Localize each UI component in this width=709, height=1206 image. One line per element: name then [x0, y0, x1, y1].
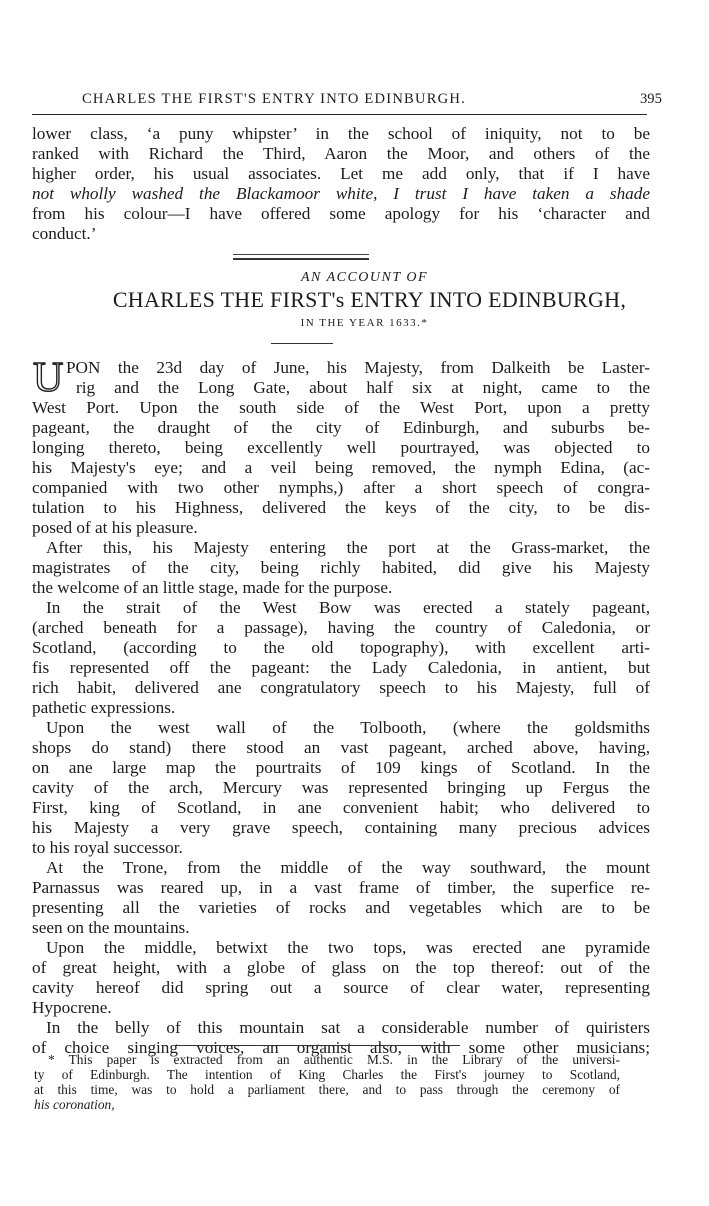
text-line: ranked with Richard the Third, Aaron the…	[32, 144, 650, 164]
footnote-rule	[175, 1045, 460, 1046]
text-line: posed of at his pleasure.	[32, 518, 650, 538]
text-line: to his royal successor.	[32, 838, 650, 858]
article-subtitle: AN ACCOUNT OF	[0, 270, 709, 286]
text-line: magistrates of the city, being richly ha…	[32, 558, 650, 578]
text-line: on ane large map the pourtraits of 109 k…	[32, 758, 650, 778]
text-line: At the Trone, from the middle of the way…	[32, 858, 650, 878]
text-line: In the belly of this mountain sat a cons…	[32, 1018, 650, 1038]
text-line: Upon the middle, betwixt the two tops, w…	[32, 938, 650, 958]
text-line: After this, his Majesty entering the por…	[32, 538, 650, 558]
footnote-line: at this time, was to hold a parliament t…	[34, 1082, 620, 1097]
text-line: First, king of Scotland, in ane convenie…	[32, 798, 650, 818]
article-title: CHARLES THE FIRST's ENTRY INTO EDINBURGH…	[0, 287, 709, 313]
text-line: seen on the mountains.	[32, 918, 650, 938]
text-line: not wholly washed the Blackamoor white, …	[32, 184, 650, 204]
text-line: companied with two other nymphs,) after …	[32, 478, 650, 498]
text-line: rich habit, delivered ane congratulatory…	[32, 678, 650, 698]
text-line: of great height, with a globe of glass o…	[32, 958, 650, 978]
text-line: presenting all the varieties of rocks an…	[32, 898, 650, 918]
text-line: the welcome of an little stage, made for…	[32, 578, 650, 598]
running-head-title: CHARLES THE FIRST'S ENTRY INTO EDINBURGH…	[82, 91, 592, 108]
text-line: cavity of the arch, Mercury was represen…	[32, 778, 650, 798]
text-line: West Port. Upon the south side of the We…	[32, 398, 650, 418]
header-rule	[32, 114, 647, 115]
text-line: PON the 23d day of June, his Majesty, fr…	[32, 358, 650, 378]
text-line: Scotland, (according to the old topograp…	[32, 638, 650, 658]
text-line: tulation to his Highness, delivered the …	[32, 498, 650, 518]
text-line: pageant, the draught of the city of Edin…	[32, 418, 650, 438]
text-line: rig and the Long Gate, about half six at…	[32, 378, 650, 398]
text-line: Parnassus was reared up, in a vast frame…	[32, 878, 650, 898]
ornamental-rule	[233, 254, 369, 255]
book-page: CHARLES THE FIRST'S ENTRY INTO EDINBURGH…	[0, 0, 709, 1206]
text-line: shops do stand) there stood an vast page…	[32, 738, 650, 758]
text-line: Hypocrene.	[32, 998, 650, 1018]
footnote-line: ty of Edinburgh. The intention of King C…	[34, 1067, 620, 1082]
text-line: In the strait of the West Bow was erecte…	[32, 598, 650, 618]
text-line: lower class, ‘a puny whipster’ in the sc…	[32, 124, 650, 144]
page-number: 395	[640, 91, 662, 108]
text-line: higher order, his usual associates. Let …	[32, 164, 650, 184]
text-line: his Majesty's eye; and a veil being remo…	[32, 458, 650, 478]
text-line: (arched beneath for a passage), having t…	[32, 618, 650, 638]
text-line: cavity hereof did spring out a source of…	[32, 978, 650, 998]
text-line: his Majesty a very grave speech, contain…	[32, 818, 650, 838]
footnote-line: * This paper is extracted from an authen…	[34, 1052, 620, 1067]
text-line: conduct.’	[32, 224, 650, 244]
text-line: pathetic expressions.	[32, 698, 650, 718]
text-line: from his colour—I have offered some apol…	[32, 204, 650, 224]
ornamental-rule-thick	[233, 258, 369, 260]
text-line: fis represented off the pageant: the Lad…	[32, 658, 650, 678]
footnote-line: his coronation,	[34, 1097, 620, 1112]
article-year-line: IN THE YEAR 1633.*	[0, 317, 709, 329]
title-rule	[271, 343, 333, 344]
text-line: longing thereto, being excellently well …	[32, 438, 650, 458]
text-line: Upon the west wall of the Tolbooth, (whe…	[32, 718, 650, 738]
